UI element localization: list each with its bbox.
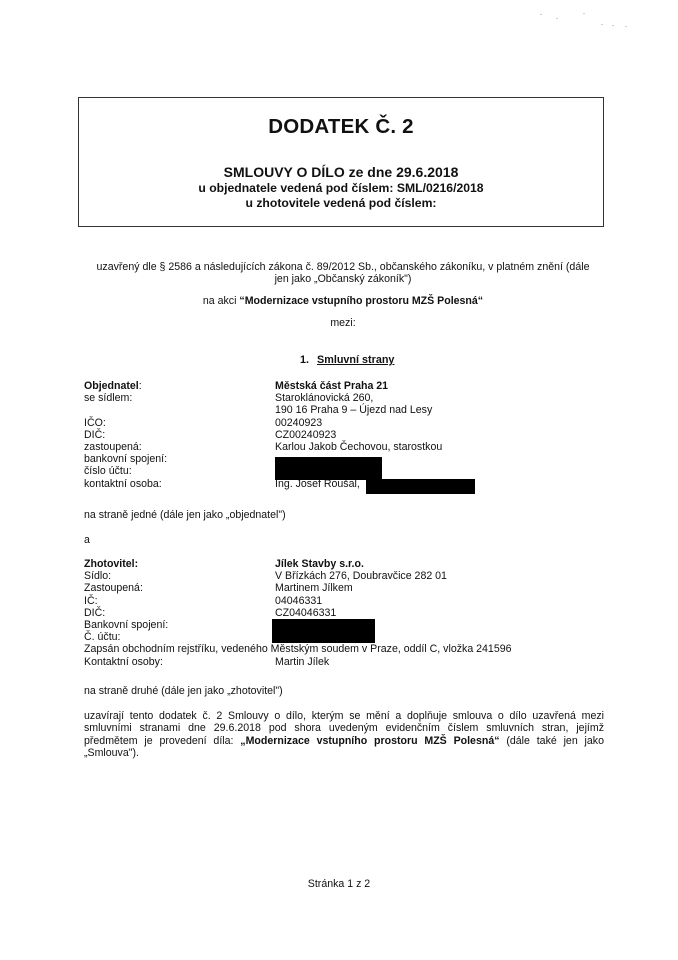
section-number: 1.	[300, 354, 309, 366]
conjunction: a	[84, 534, 90, 546]
redacted-bank-details	[275, 457, 382, 480]
page-number: Stránka 1 z 2	[0, 878, 678, 890]
body-paragraph: uzavírají tento dodatek č. 2 Smlouvy o d…	[84, 710, 604, 760]
client-label: číslo účtu:	[84, 465, 167, 477]
client-label: IČO:	[84, 417, 167, 429]
work-name: „Modernizace vstupního prostoru MZŠ Pole…	[240, 735, 499, 747]
client-value: Staroklánovická 260,	[275, 392, 442, 404]
scan-artifact	[583, 13, 585, 14]
scan-artifact	[612, 25, 614, 26]
contractor-value: CZ04046331	[275, 607, 447, 619]
contractor-values: Jílek Stavby s.r.o. V Břízkách 276, Doub…	[275, 558, 447, 668]
client-label: DIČ:	[84, 429, 167, 441]
contractor-name: Jílek Stavby s.r.o.	[275, 558, 447, 570]
action-name: “Modernizace vstupního prostoru MZŠ Pole…	[239, 295, 483, 307]
contractor-closing: na straně druhé (dále jen jako „zhotovit…	[84, 685, 283, 697]
client-label: se sídlem:	[84, 392, 167, 404]
scan-artifact	[540, 14, 542, 15]
document-title: DODATEK Č. 2	[79, 115, 603, 139]
client-label: bankovní spojení:	[84, 453, 167, 465]
client-value: 190 16 Praha 9 – Újezd nad Lesy	[275, 404, 442, 416]
contractor-contact-value: Martin Jílek	[275, 656, 447, 668]
client-label	[84, 404, 167, 416]
contractor-value: V Břízkách 276, Doubravčice 282 01	[275, 570, 447, 582]
section-label: Smluvní strany	[317, 354, 394, 366]
client-role: Objednatel:	[84, 380, 167, 392]
scan-artifact	[601, 24, 603, 25]
contractor-value: Martinem Jílkem	[275, 582, 447, 594]
client-value: CZ00240923	[275, 429, 442, 441]
contractor-reference: u zhotovitele vedená pod číslem:	[79, 196, 603, 210]
client-value: Karlou Jakob Čechovou, starostkou	[275, 441, 442, 453]
client-name: Městská část Praha 21	[275, 380, 442, 392]
between-label: mezi:	[80, 317, 606, 329]
client-label: zastoupená:	[84, 441, 167, 453]
intro-line-2: jen jako „Občanský zákoník")	[80, 273, 606, 285]
client-labels: Objednatel: se sídlem: IČO: DIČ: zastoup…	[84, 380, 167, 490]
redacted-contact-info	[366, 479, 475, 494]
client-label: kontaktní osoba:	[84, 478, 167, 490]
section-heading: 1.Smluvní strany	[300, 354, 394, 366]
client-value: 00240923	[275, 417, 442, 429]
scan-artifact	[556, 18, 558, 19]
contractor-value: 04046331	[275, 595, 447, 607]
client-closing: na straně jedné (dále jen jako „objednat…	[84, 509, 286, 521]
intro-line-1: uzavřený dle § 2586 a následujících záko…	[80, 261, 606, 273]
action-prefix: na akci	[203, 295, 240, 307]
scan-artifact	[625, 26, 627, 27]
document-subtitle: SMLOUVY O DÍLO ze dne 29.6.2018	[79, 164, 603, 180]
title-box: DODATEK Č. 2 SMLOUVY O DÍLO ze dne 29.6.…	[78, 97, 604, 227]
action-line: na akci “Modernizace vstupního prostoru …	[80, 295, 606, 307]
client-reference: u objednatele vedená pod číslem: SML/021…	[79, 181, 603, 195]
redacted-bank-details	[272, 619, 375, 643]
